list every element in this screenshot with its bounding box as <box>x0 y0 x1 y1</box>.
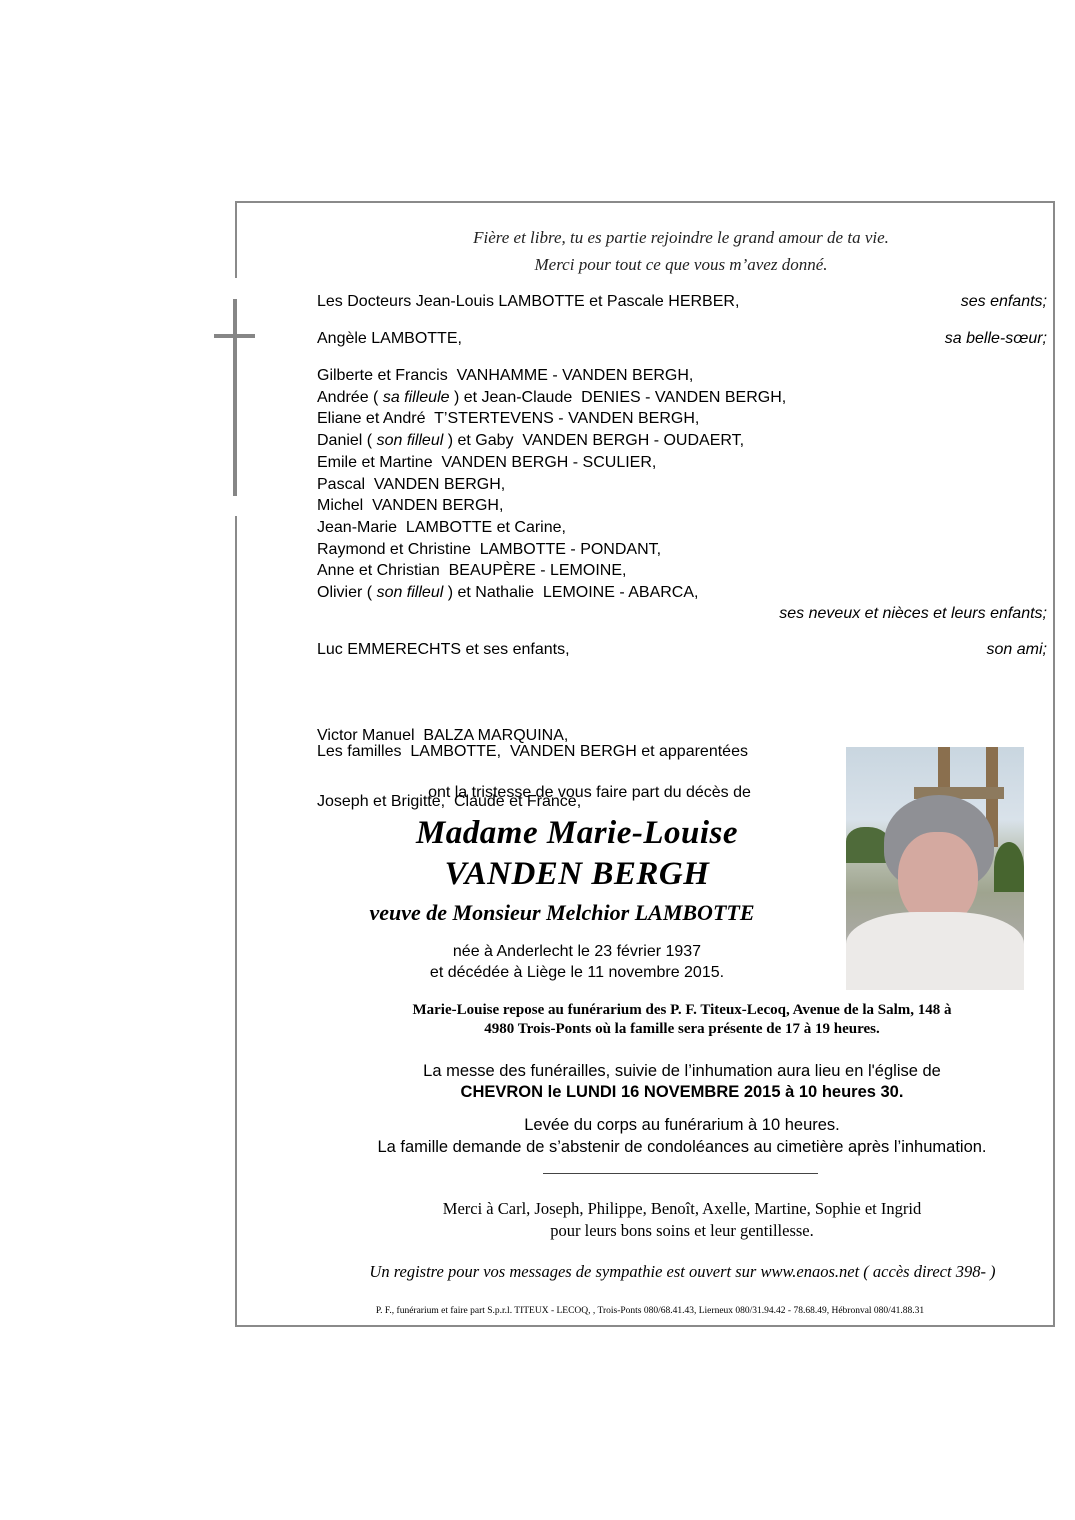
funeral-home-info: Marie-Louise repose au funérarium des P.… <box>317 1001 1047 1039</box>
footer-contacts: P. F., funérarium et faire part S.p.r.l.… <box>250 1306 1050 1316</box>
epitaph-line-1: Fière et libre, tu es partie rejoindre l… <box>236 228 1075 248</box>
death-date: et décédée à Liège le 11 novembre 2015. <box>317 962 837 983</box>
thanks-line: Merci à Carl, Joseph, Philippe, Benoît, … <box>317 1198 1047 1220</box>
nephew-line: Olivier ( son filleul ) et Nathalie LEMO… <box>317 582 786 604</box>
registry-note: Un registre pour vos messages de sympath… <box>310 1262 1055 1282</box>
nephew-line: Raymond et Christine LAMBOTTE - PONDANT, <box>317 539 786 561</box>
nephews-relation: ses neveux et nièces et leurs enfants; <box>779 603 1047 625</box>
thanks: Merci à Carl, Joseph, Philippe, Benoît, … <box>317 1198 1047 1242</box>
deceased-name-line-2: VANDEN BERGH <box>317 856 837 893</box>
thanks-line: pour leurs bons soins et leur gentilless… <box>317 1220 1047 1242</box>
border-stub <box>235 516 237 546</box>
announcement: ont la tristesse de vous faire part du d… <box>317 784 862 802</box>
divider <box>543 1173 818 1174</box>
nephew-line: Eliane et André T’STERTEVENS - VANDEN BE… <box>317 408 786 430</box>
funeral-home-line: 4980 Trois-Ponts où la famille sera prés… <box>317 1020 1047 1039</box>
friend-row: Luc EMMERECHTS et ses enfants, son ami; <box>317 639 1047 661</box>
trees <box>994 842 1024 892</box>
nephew-line: Michel VANDEN BERGH, <box>317 495 786 517</box>
funeral-home-line: Marie-Louise repose au funérarium des P.… <box>317 1001 1047 1020</box>
mass-info: La messe des funérailles, suivie de l’in… <box>317 1061 1047 1103</box>
nephew-line: Anne et Christian BEAUPÈRE - LEMOINE, <box>317 560 786 582</box>
birth-date: née à Anderlecht le 23 février 1937 <box>317 941 837 962</box>
notes: Levée du corps au funérarium à 10 heures… <box>317 1114 1047 1158</box>
mass-line-2: CHEVRON le LUNDI 16 NOVEMBRE 2015 à 10 h… <box>317 1082 1047 1103</box>
nephew-line: Jean-Marie LAMBOTTE et Carine, <box>317 517 786 539</box>
cross-icon-bar <box>214 334 255 338</box>
nephew-line: Pascal VANDEN BERGH, <box>317 474 786 496</box>
epitaph-line-2: Merci pour tout ce que vous m’avez donné… <box>236 255 1075 275</box>
sister-in-law-row: Angèle LAMBOTTE, sa belle-sœur; <box>317 328 1047 350</box>
birth-death-dates: née à Anderlecht le 23 février 1937 et d… <box>317 941 837 983</box>
friend-relation: son ami; <box>987 639 1047 661</box>
deceased-name-line-1: Madame Marie-Louise <box>317 815 837 852</box>
portrait-sweater <box>846 912 1024 990</box>
note-line: La famille demande de s’abstenir de cond… <box>317 1136 1047 1158</box>
children-names: Les Docteurs Jean-Louis LAMBOTTE et Pasc… <box>317 293 739 310</box>
deceased-photo <box>846 747 1024 990</box>
mass-line-1: La messe des funérailles, suivie de l’in… <box>317 1061 1047 1082</box>
note-line: Levée du corps au funérarium à 10 heures… <box>317 1114 1047 1136</box>
nephews-list: Gilberte et Francis VANHAMME - VANDEN BE… <box>317 365 786 604</box>
widow-of: veuve de Monsieur Melchior LAMBOTTE <box>277 900 847 926</box>
children-relation: ses enfants; <box>961 291 1047 313</box>
families-line: Les familles LAMBOTTE, VANDEN BERGH et a… <box>317 741 748 763</box>
nephew-line: Gilberte et Francis VANHAMME - VANDEN BE… <box>317 365 786 387</box>
sister-in-law-relation: sa belle-sœur; <box>945 328 1047 350</box>
sister-in-law-name: Angèle LAMBOTTE, <box>317 330 462 347</box>
cross-icon <box>233 299 237 496</box>
nephew-line: Andrée ( sa filleule ) et Jean-Claude DE… <box>317 387 786 409</box>
nephew-line: Daniel ( son filleul ) et Gaby VANDEN BE… <box>317 430 786 452</box>
children-row: Les Docteurs Jean-Louis LAMBOTTE et Pasc… <box>317 291 1047 313</box>
nephew-line: Emile et Martine VANDEN BERGH - SCULIER, <box>317 452 786 474</box>
friend-names: Luc EMMERECHTS et ses enfants, <box>317 641 570 658</box>
